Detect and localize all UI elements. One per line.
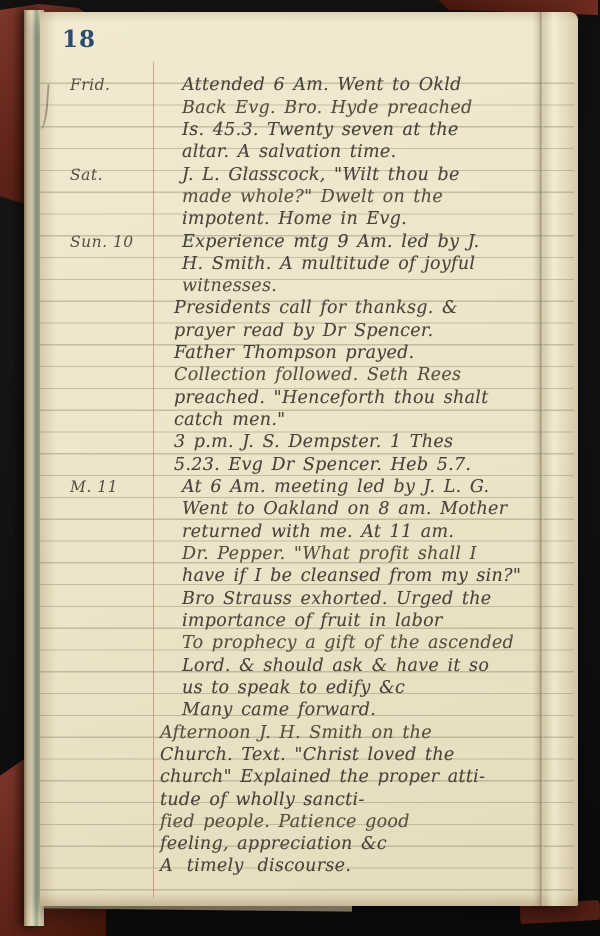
diary-photo: 18 Frid.Attended 6 Am. Went to OkldBack …: [0, 0, 600, 936]
journal-line: Bro Strauss exhorted. Urged the: [40, 587, 572, 609]
journal-line-text: altar. A salvation time.: [182, 142, 396, 162]
entry-date-label: M. 11: [70, 478, 176, 496]
journal-line: us to speak to edify &c: [40, 677, 572, 699]
journal-line: Lord. & should ask & have it so: [40, 654, 572, 676]
journal-line-text: preached. "Henceforth thou shalt: [174, 388, 489, 408]
journal-line: feeling, appreciation &c: [40, 833, 572, 855]
journal-line: Collection followed. Seth Rees: [40, 364, 572, 386]
entry-date-label: Sun. 10: [70, 233, 176, 251]
journal-line-text: Afternoon J. H. Smith on the: [160, 723, 432, 743]
journal-line: M. 11At 6 Am. meeting led by J. L. G.: [40, 476, 572, 498]
journal-line-text: Bro Strauss exhorted. Urged the: [182, 589, 491, 609]
journal-line: Father Thompson prayed.: [40, 342, 572, 364]
journal-line-text: impotent. Home in Evg.: [182, 209, 407, 229]
journal-line: impotent. Home in Evg.: [40, 208, 572, 230]
journal-line-text: To prophecy a gift of the ascended: [182, 633, 514, 653]
journal-line-text: catch men.": [174, 410, 286, 430]
journal-line: Church. Text. "Christ loved the: [40, 744, 572, 766]
journal-lines: Frid.Attended 6 Am. Went to OkldBack Evg…: [40, 12, 578, 906]
journal-line-text: 5.23. Evg Dr Spencer. Heb 5.7.: [174, 455, 471, 475]
journal-line-text: Presidents call for thanksg. &: [174, 298, 458, 318]
journal-line: have if I be cleansed from my sin?": [40, 565, 572, 587]
journal-line-text: H. Smith. A multitude of joyful: [182, 254, 475, 274]
journal-line-text: prayer read by Dr Spencer.: [174, 321, 433, 341]
journal-line-text: Lord. & should ask & have it so: [182, 656, 489, 676]
journal-line-text: Collection followed. Seth Rees: [174, 365, 461, 385]
journal-line: witnesses.: [40, 275, 572, 297]
journal-page: 18 Frid.Attended 6 Am. Went to OkldBack …: [40, 12, 578, 906]
journal-line-text: church" Explained the proper atti-: [160, 767, 485, 787]
journal-line-text: fied people. Patience good: [160, 812, 410, 832]
journal-line: preached. "Henceforth thou shalt: [40, 386, 572, 408]
journal-line: church" Explained the proper atti-: [40, 766, 572, 788]
journal-line-text: Is. 45.3. Twenty seven at the: [182, 120, 459, 140]
journal-line: Is. 45.3. Twenty seven at the: [40, 119, 572, 141]
journal-line: Dr. Pepper. "What profit shall I: [40, 543, 572, 565]
journal-line: tude of wholly sancti-: [40, 788, 572, 810]
journal-line: returned with me. At 11 am.: [40, 520, 572, 542]
journal-line: prayer read by Dr Spencer.: [40, 320, 572, 342]
journal-line-text: importance of fruit in labor: [182, 611, 443, 631]
journal-line: To prophecy a gift of the ascended: [40, 632, 572, 654]
journal-line-text: us to speak to edify &c: [182, 678, 405, 698]
journal-line-text: A timely discourse.: [160, 856, 351, 876]
journal-line: H. Smith. A multitude of joyful: [40, 253, 572, 275]
entry-date-label: Sat.: [70, 166, 176, 184]
journal-line: A timely discourse.: [40, 855, 572, 877]
journal-line-text: Many came forward.: [182, 700, 376, 720]
journal-line-text: Father Thompson prayed.: [174, 343, 415, 363]
journal-line-text: Experience mtg 9 Am. led by J.: [182, 232, 480, 252]
journal-line: made whole?" Dwelt on the: [40, 186, 572, 208]
journal-line: catch men.": [40, 409, 572, 431]
journal-line: importance of fruit in labor: [40, 610, 572, 632]
journal-line-text: 3 p.m. J. S. Dempster. 1 Thes: [174, 432, 453, 452]
journal-line: Afternoon J. H. Smith on the: [40, 721, 572, 743]
journal-line-text: have if I be cleansed from my sin?": [182, 566, 521, 586]
journal-line: Went to Oakland on 8 am. Mother: [40, 498, 572, 520]
journal-line-text: Went to Oakland on 8 am. Mother: [182, 499, 507, 519]
journal-line: Sat.J. L. Glasscock, "Wilt thou be: [40, 163, 572, 185]
journal-line: 5.23. Evg Dr Spencer. Heb 5.7.: [40, 453, 572, 475]
journal-line: fied people. Patience good: [40, 811, 572, 833]
journal-line: altar. A salvation time.: [40, 141, 572, 163]
journal-line: Sun. 10Experience mtg 9 Am. led by J.: [40, 230, 572, 252]
journal-line: Frid.Attended 6 Am. Went to Okld: [40, 74, 572, 96]
journal-line-text: Church. Text. "Christ loved the: [160, 745, 455, 765]
journal-line-text: made whole?" Dwelt on the: [182, 187, 443, 207]
journal-line-text: feeling, appreciation &c: [160, 834, 387, 854]
journal-line: Back Evg. Bro. Hyde preached: [40, 96, 572, 118]
journal-line-text: Dr. Pepper. "What profit shall I: [182, 544, 477, 564]
journal-line-text: J. L. Glasscock, "Wilt thou be: [182, 165, 460, 185]
journal-line-text: witnesses.: [182, 276, 277, 296]
journal-line: 3 p.m. J. S. Dempster. 1 Thes: [40, 431, 572, 453]
journal-line-text: returned with me. At 11 am.: [182, 522, 454, 542]
journal-line: Presidents call for thanksg. &: [40, 297, 572, 319]
journal-line-text: tude of wholly sancti-: [160, 790, 365, 810]
journal-line-text: At 6 Am. meeting led by J. L. G.: [182, 477, 489, 497]
journal-line: Many came forward.: [40, 699, 572, 721]
journal-line-text: Attended 6 Am. Went to Okld: [182, 75, 462, 95]
entry-date-label: Frid.: [70, 76, 176, 94]
journal-line-text: Back Evg. Bro. Hyde preached: [182, 98, 473, 118]
